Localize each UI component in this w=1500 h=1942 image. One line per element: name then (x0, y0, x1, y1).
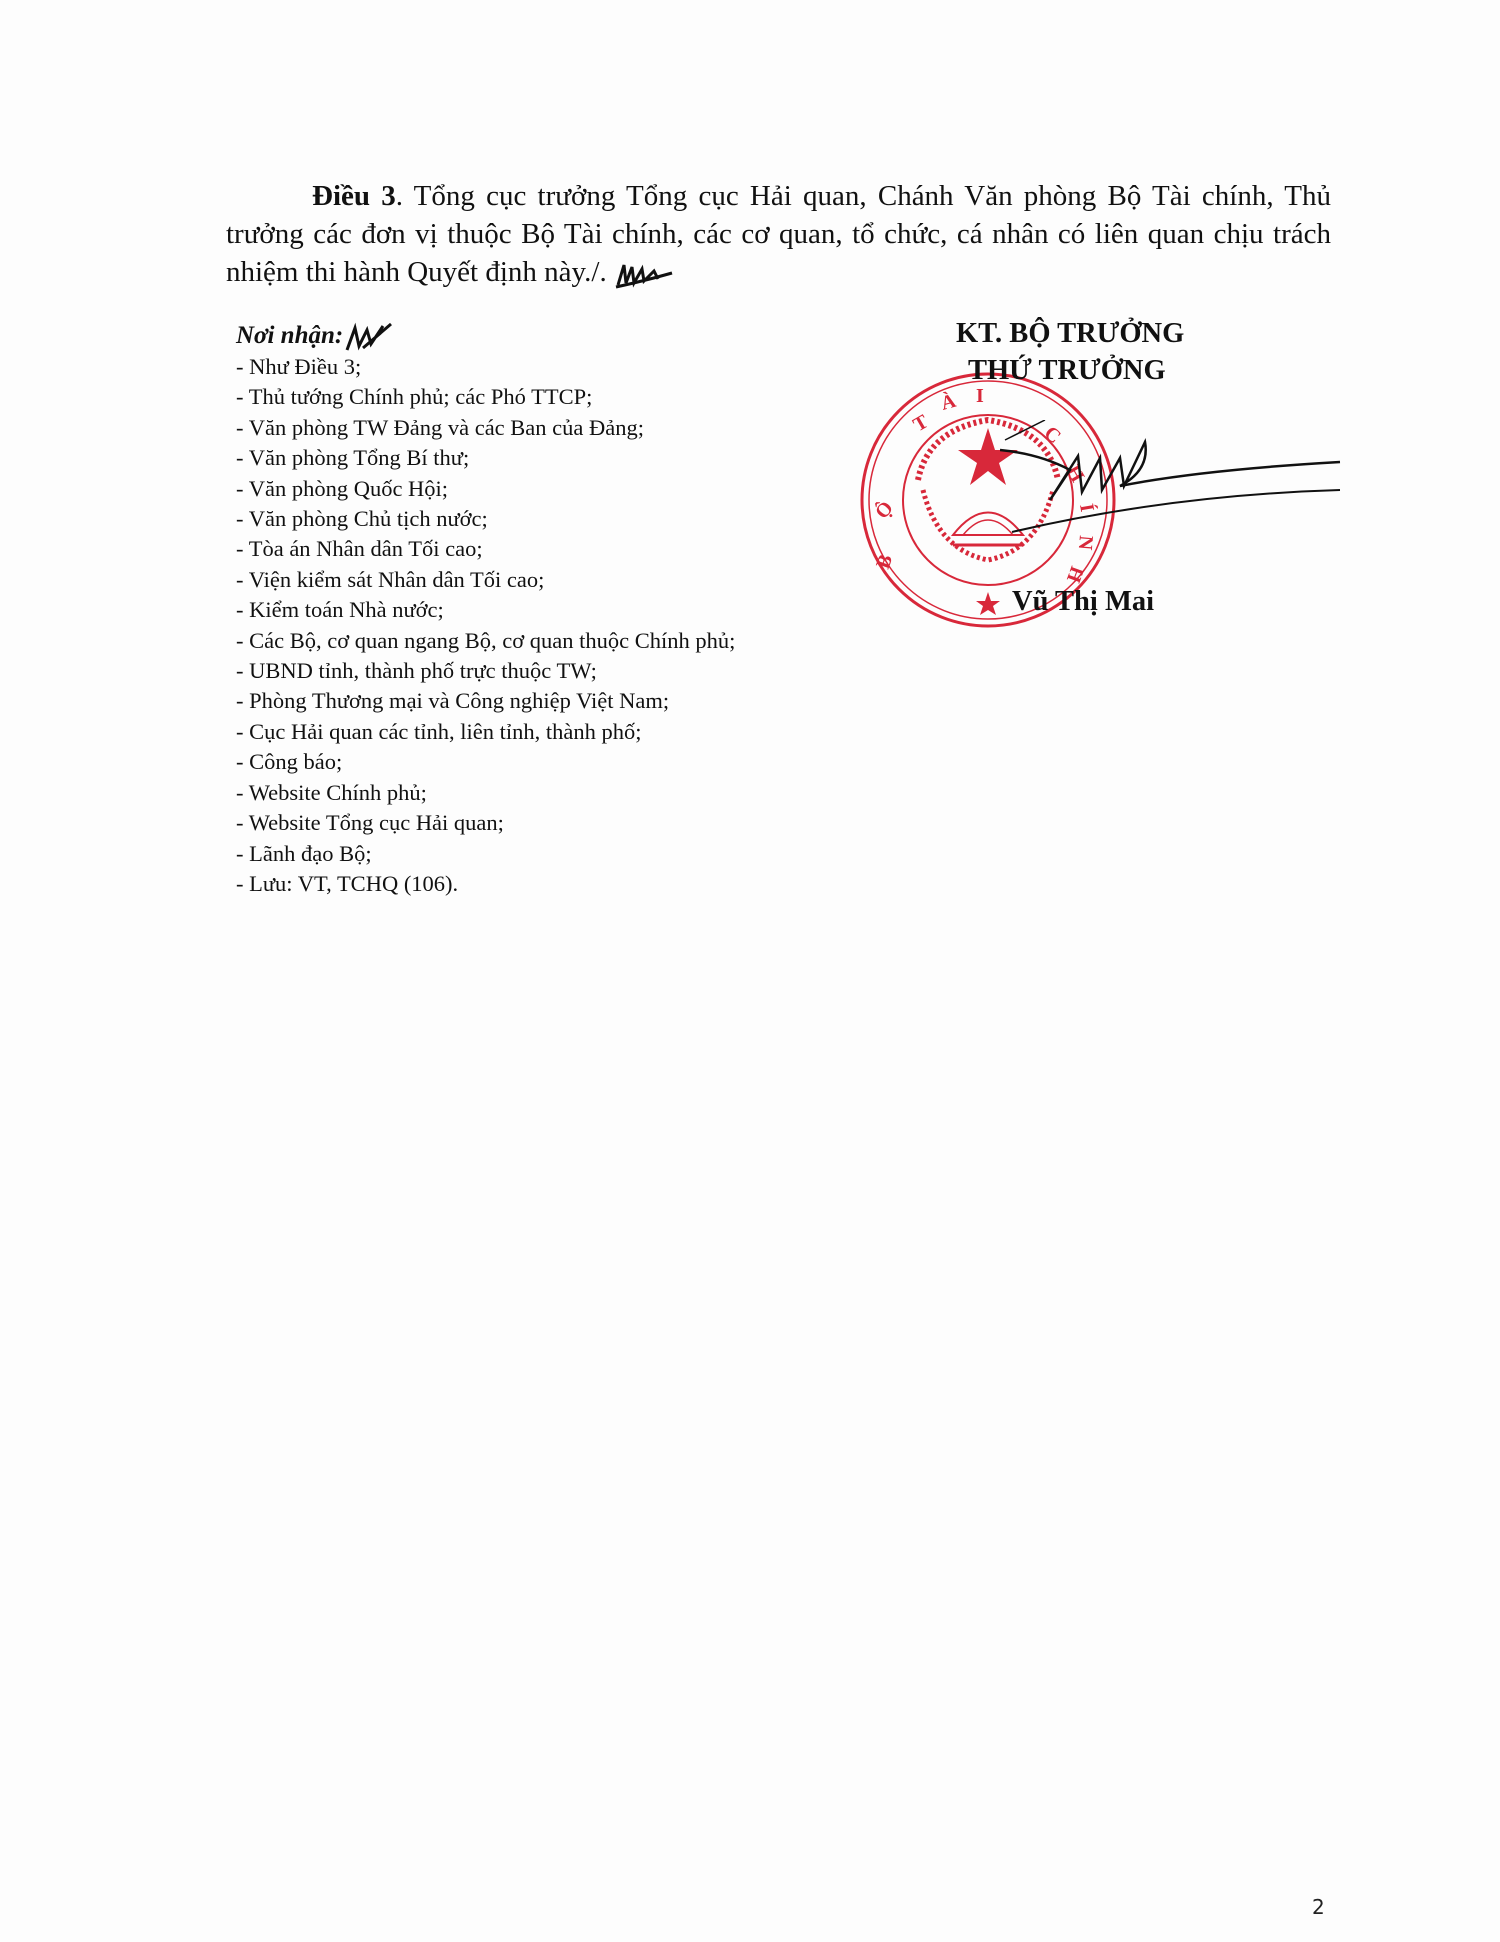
svg-text:T: T (910, 410, 933, 436)
initials-mark-icon (614, 259, 674, 289)
svg-text:I: I (976, 385, 984, 407)
recipient-item: - Văn phòng Chủ tịch nước; (236, 504, 735, 534)
article-3-label: Điều 3 (312, 180, 396, 212)
recipient-item: - Lãnh đạo Bộ; (236, 839, 735, 869)
recipient-item: - Kiểm toán Nhà nước; (236, 595, 735, 625)
svg-text:À: À (938, 389, 958, 415)
recipient-item: - Cục Hải quan các tỉnh, liên tỉnh, thàn… (236, 717, 735, 747)
svg-text:Ộ: Ộ (870, 497, 898, 524)
document-page: Điều 3. Tổng cục trưởng Tổng cục Hải qua… (0, 0, 1500, 1942)
handwritten-signature-icon (1000, 420, 1350, 560)
recipient-item: - UBND tỉnh, thành phố trực thuộc TW; (236, 656, 735, 686)
recipient-item: - Như Điều 3; (236, 352, 735, 382)
recipient-item: - Văn phòng Tổng Bí thư; (236, 443, 735, 473)
recipients-list: - Như Điều 3;- Thủ tướng Chính phủ; các … (236, 352, 735, 899)
svg-text:B: B (872, 552, 897, 572)
recipients-title: Nơi nhận: (236, 320, 735, 352)
recipient-item: - Website Tổng cục Hải quan; (236, 808, 735, 838)
signer-name: Vũ Thị Mai (1012, 586, 1154, 618)
recipient-item: - Website Chính phủ; (236, 778, 735, 808)
page-number: 2 (1312, 1895, 1325, 1919)
signer-title-line2: THỨ TRƯỞNG (968, 355, 1166, 387)
initials-mark-icon (343, 322, 399, 352)
recipient-item: - Thủ tướng Chính phủ; các Phó TTCP; (236, 382, 735, 412)
recipient-item: - Viện kiểm sát Nhân dân Tối cao; (236, 565, 735, 595)
recipient-item: - Công báo; (236, 747, 735, 777)
recipient-item: - Văn phòng Quốc Hội; (236, 474, 735, 504)
signer-title-line1: KT. BỘ TRƯỞNG (956, 318, 1184, 350)
recipient-item: - Tòa án Nhân dân Tối cao; (236, 534, 735, 564)
recipients-block: Nơi nhận: - Như Điều 3;- Thủ tướng Chính… (236, 320, 735, 899)
recipient-item: - Phòng Thương mại và Công nghiệp Việt N… (236, 686, 735, 716)
article-3-paragraph: Điều 3. Tổng cục trưởng Tổng cục Hải qua… (226, 177, 1331, 291)
recipient-item: - Các Bộ, cơ quan ngang Bộ, cơ quan thuộ… (236, 626, 735, 656)
svg-text:H: H (1062, 563, 1088, 586)
recipient-item: - Văn phòng TW Đảng và các Ban của Đảng; (236, 413, 735, 443)
recipient-item: - Lưu: VT, TCHQ (106). (236, 869, 735, 899)
